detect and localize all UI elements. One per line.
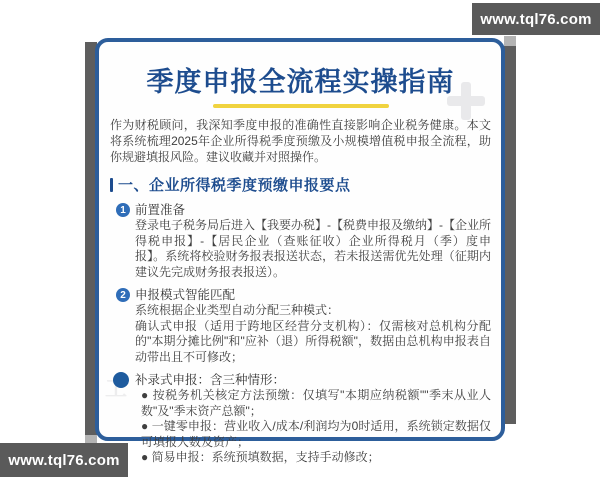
list-item-1: 1 前置准备 登录电子税务局后进入【我要办税】-【税费申报及缴纳】-【企业所得税… [110,202,491,280]
title-underline [213,104,389,108]
card-shadow-right [504,36,516,424]
heading-accent-bar [110,178,113,192]
section-heading: 一、企业所得税季度预缴申报要点 [110,174,491,195]
intro-paragraph: 作为财税顾问，我深知季度申报的准确性直接影响企业税务健康。本文将系统梳理2025… [110,117,491,165]
number-2-badge-icon: 2 [116,288,130,302]
content-card: 工 季度申报全流程实操指南 作为财税顾问，我深知季度申报的准确性直接影响企业税务… [95,38,505,441]
item-2-body: 系统根据企业类型自动分配三种模式： 确认式申报（适用于跨地区经营分支机构）：仅需… [135,303,491,365]
solid-dot-badge-icon [113,372,129,388]
page-title: 季度申报全流程实操指南 [110,60,491,99]
site-watermark-bottom: www.tql76.com [0,443,128,477]
item-3-bullet-2: ● 一键零申报：营业收入/成本/利润均为0时适用，系统锁定数据仅可填报人数及资产… [135,419,491,450]
item-1-body: 登录电子税务局后进入【我要办税】-【税费申报及缴纳】-【企业所得税申报】-【居民… [135,218,491,280]
list-item-3: 补录式申报：含三种情形： ● 按税务机关核定方法预缴：仅填写"本期应纳税额""季… [110,372,491,466]
item-3-bullet-3: ● 简易申报：系统预填数据，支持手动修改； [135,450,491,466]
section-heading-text: 一、企业所得税季度预缴申报要点 [118,174,351,195]
list-item-2: 2 申报模式智能匹配 系统根据企业类型自动分配三种模式： 确认式申报（适用于跨地… [110,287,491,365]
number-1-badge-icon: 1 [116,203,130,217]
item-3-bullet-1: ● 按税务机关核定方法预缴：仅填写"本期应纳税额""季末从业人数"及"季末资产总… [135,388,491,419]
site-watermark-top: www.tql76.com [472,3,600,35]
infographic-page: www.tql76.com 工 季度申报全流程实操指南 作为财税顾问，我深知季度… [0,0,600,480]
item-2-title: 申报模式智能匹配 [135,287,491,303]
card-shadow-cap-top-right [504,36,516,46]
item-3-title: 补录式申报：含三种情形： [135,372,491,388]
item-1-title: 前置准备 [135,202,491,218]
